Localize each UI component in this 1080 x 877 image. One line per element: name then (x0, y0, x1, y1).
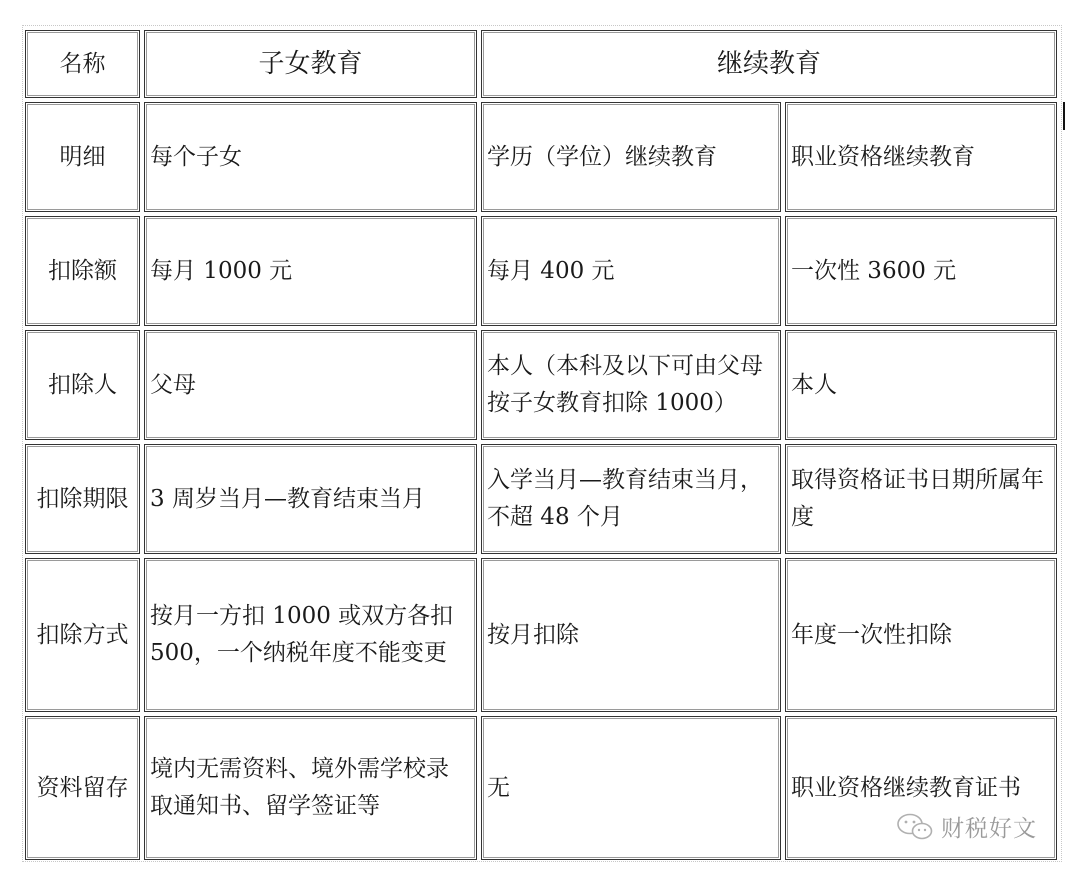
vocational-value: 职业资格继续教育 (791, 139, 975, 176)
vocational-cell: 年度一次性扣除 (785, 558, 1057, 712)
vocational-value: 一次性 3600 元 (791, 253, 956, 290)
header-continuing-label: 继续教育 (717, 46, 821, 83)
vocational-value: 本人 (791, 367, 837, 404)
row-label-cell: 扣除额 (25, 216, 140, 326)
vocational-cell: 一次性 3600 元 (785, 216, 1057, 326)
row-label-cell: 明细 (25, 102, 140, 212)
degree-cell: 入学当月—教育结束当月，不超 48 个月 (481, 444, 781, 554)
row-label-cell: 扣除方式 (25, 558, 140, 712)
children-cell: 每个子女 (144, 102, 477, 212)
vocational-cell: 取得资格证书日期所属年度 (785, 444, 1057, 554)
degree-value: 按月扣除 (487, 617, 579, 654)
watermark: 财税好文 (895, 810, 1037, 843)
header-name-label: 名称 (60, 46, 106, 83)
degree-cell: 本人（本科及以下可由父母按子女教育扣除 1000） (481, 330, 781, 440)
header-children-education: 子女教育 (144, 30, 477, 98)
header-name-cell: 名称 (25, 30, 140, 98)
row-label: 扣除人 (48, 367, 117, 404)
degree-cell: 学历（学位）继续教育 (481, 102, 781, 212)
degree-value: 无 (487, 770, 510, 807)
children-cell: 父母 (144, 330, 477, 440)
degree-value: 本人（本科及以下可由父母按子女教育扣除 1000） (487, 348, 775, 422)
degree-value: 入学当月—教育结束当月，不超 48 个月 (487, 462, 775, 536)
header-continuing-education: 继续教育 (481, 30, 1057, 98)
wechat-icon (895, 812, 935, 842)
degree-value: 学历（学位）继续教育 (487, 139, 717, 176)
degree-cell: 按月扣除 (481, 558, 781, 712)
row-label-cell: 资料留存 (25, 716, 140, 860)
degree-cell: 每月 400 元 (481, 216, 781, 326)
row-label: 扣除额 (48, 253, 117, 290)
children-value: 父母 (150, 367, 196, 404)
row-label: 扣除方式 (37, 617, 129, 654)
children-cell: 每月 1000 元 (144, 216, 477, 326)
children-value: 境内无需资料、境外需学校录取通知书、留学签证等 (150, 751, 471, 825)
vocational-value: 职业资格继续教育证书 (791, 770, 1021, 807)
vocational-value: 取得资格证书日期所属年度 (791, 462, 1051, 536)
row-label: 明细 (60, 139, 106, 176)
children-value: 每个子女 (150, 139, 242, 176)
row-label-cell: 扣除期限 (25, 444, 140, 554)
vocational-value: 年度一次性扣除 (791, 617, 952, 654)
children-value: 按月一方扣 1000 或双方各扣 500，一个纳税年度不能变更 (150, 598, 471, 672)
children-cell: 3 周岁当月—教育结束当月 (144, 444, 477, 554)
children-cell: 按月一方扣 1000 或双方各扣 500，一个纳税年度不能变更 (144, 558, 477, 712)
vocational-cell: 职业资格继续教育 (785, 102, 1057, 212)
children-value: 3 周岁当月—教育结束当月 (150, 481, 425, 518)
row-label: 扣除期限 (37, 481, 129, 518)
degree-value: 每月 400 元 (487, 253, 615, 290)
row-label: 资料留存 (37, 770, 129, 807)
vocational-cell: 本人 (785, 330, 1057, 440)
watermark-text: 财税好文 (941, 810, 1037, 843)
header-children-label: 子女教育 (258, 46, 362, 83)
degree-cell: 无 (481, 716, 781, 860)
children-value: 每月 1000 元 (150, 253, 292, 290)
row-label-cell: 扣除人 (25, 330, 140, 440)
text-cursor (1063, 102, 1065, 130)
children-cell: 境内无需资料、境外需学校录取通知书、留学签证等 (144, 716, 477, 860)
